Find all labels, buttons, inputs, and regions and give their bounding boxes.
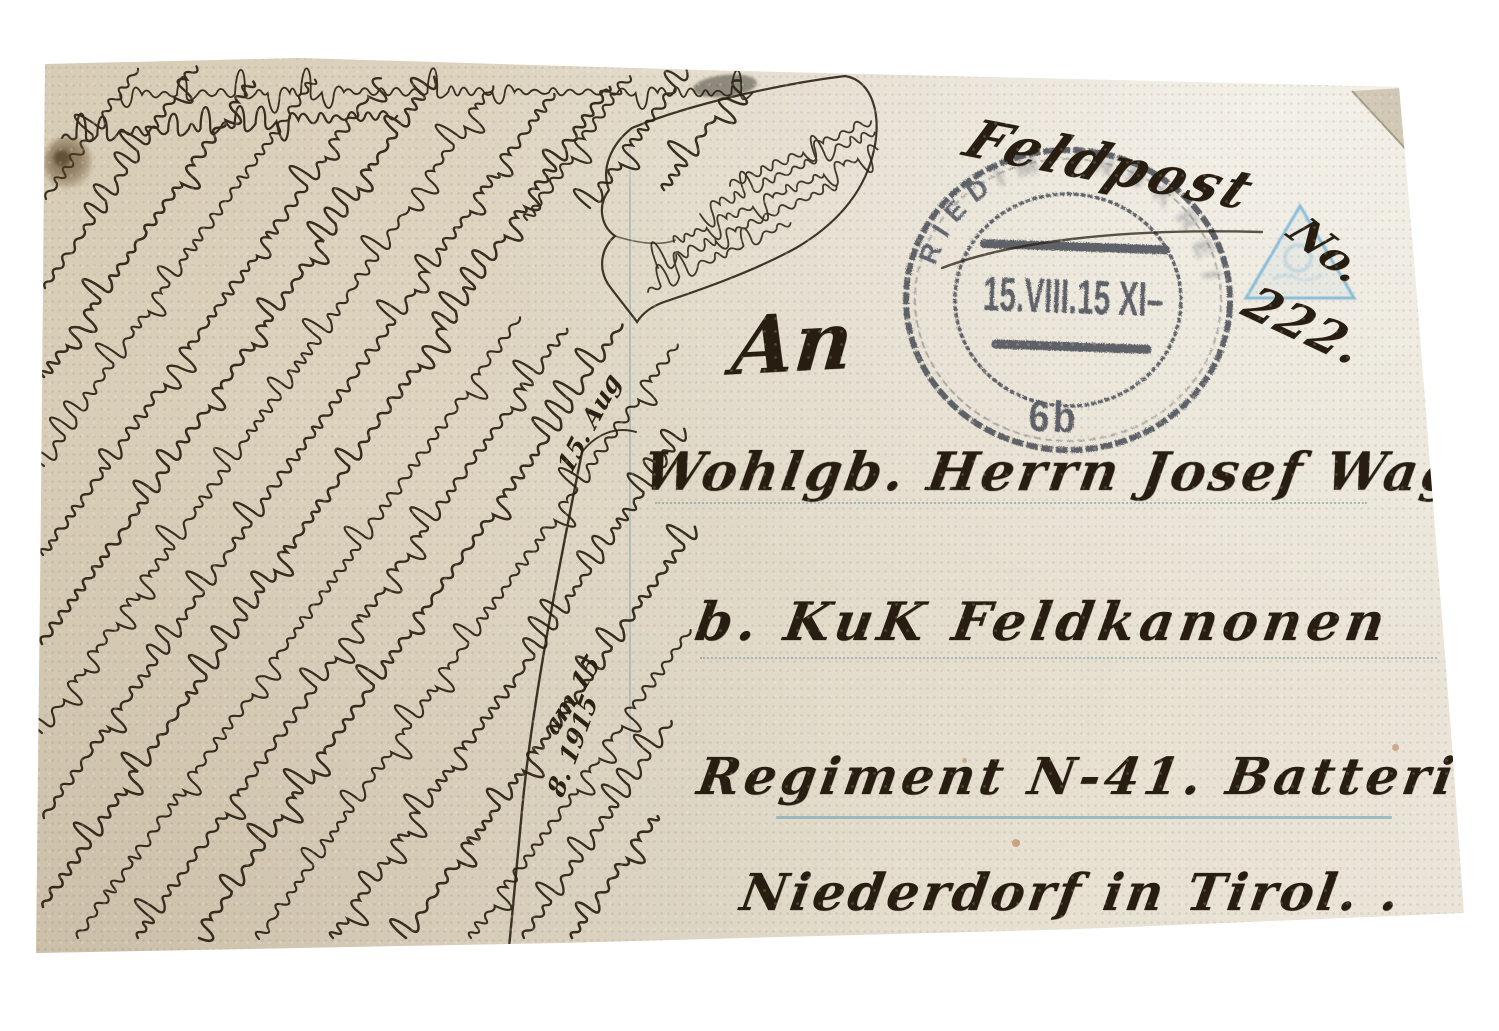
message-flourish [509,231,1262,948]
paper-speck [1012,839,1020,847]
postcard: RIED IM INNKREISE 15.VIII.15 XI– 6b [0,0,1499,1031]
address-line-place: Niederdorf in Tirol. . [737,868,1406,919]
center-divider-line [629,115,631,775]
paper-stain-core [54,150,70,166]
ink-blot [692,72,758,101]
address-line-recipient: Wohlgb. Herrn Josef Wagner [640,446,1499,499]
address-ruled-line-3 [776,816,1392,819]
feldpost-number: 222. [1234,280,1375,373]
postmark-office-code: 6b [1028,391,1080,442]
censor-note-writing [638,108,886,300]
paper-speck [1392,744,1399,751]
message-squiggles [24,43,755,970]
address-salutation: An [729,300,856,387]
postmark-ring-text: RIED [912,164,1003,270]
corner-fold-crease [1352,91,1412,156]
feldpost-word: Feldpost [956,112,1265,217]
message-date-fragment-1: 15. Aug [552,367,626,479]
feldpost-no-label: No. [1279,212,1375,289]
address-line-regiment: Regiment N-41. Batterie 8. [694,752,1499,803]
corner-fold [1352,88,1412,156]
censor-note-outline [602,76,877,322]
address-ruled-line-2 [700,657,1437,659]
postmark-date: 15.VIII.15 XI– [982,268,1164,327]
photo-background: RIED IM INNKREISE 15.VIII.15 XI– 6b [0,0,1499,1031]
paper-speck [962,758,967,763]
address-line-unit: b. KuK Feldkanonen [692,596,1394,649]
